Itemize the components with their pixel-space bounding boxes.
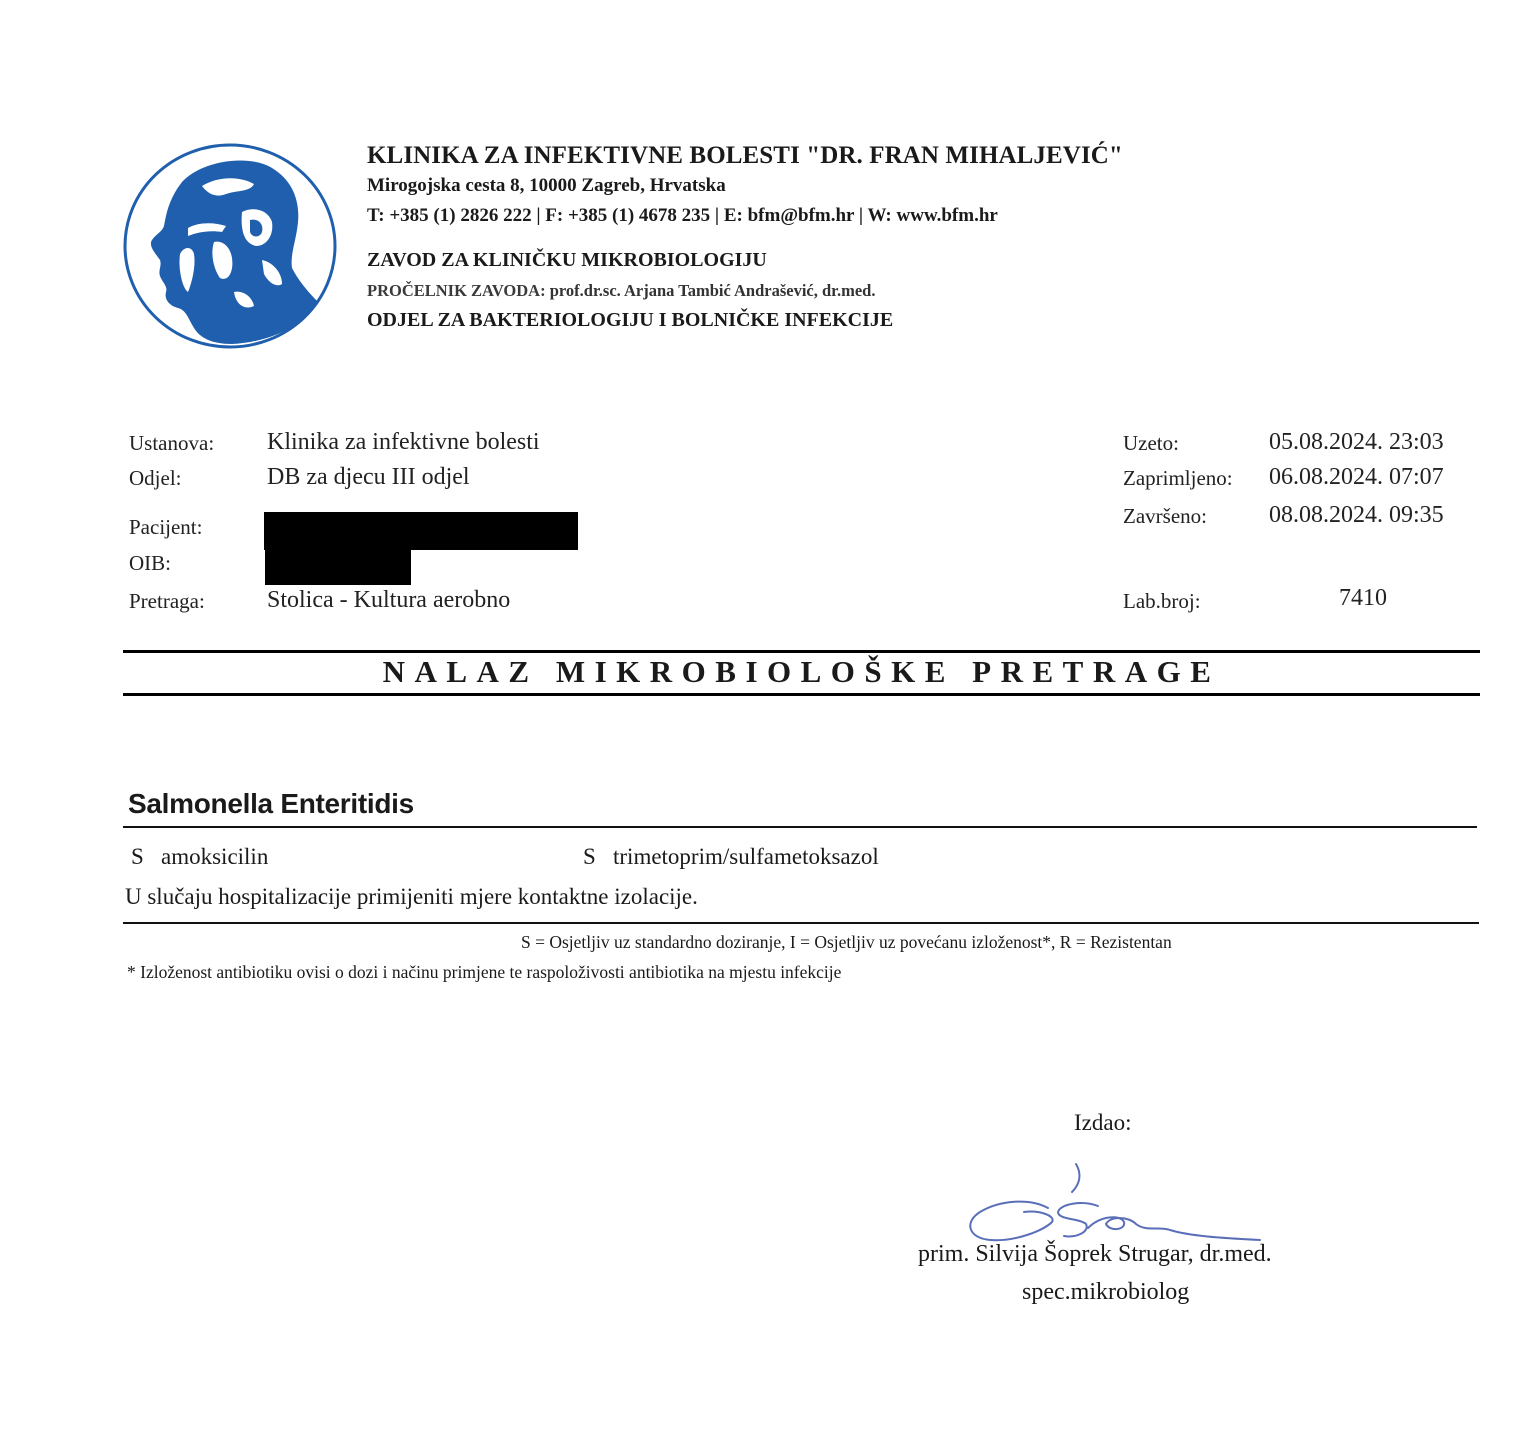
oib-label: OIB: (129, 551, 171, 576)
division-name: ODJEL ZA BAKTERIOLOGIJU I BOLNIČKE INFEK… (367, 309, 893, 332)
test-value: Stolica - Kultura aerobno (267, 587, 510, 614)
signatory-name: prim. Silvija Šoprek Strugar, dr.med. (918, 1241, 1272, 1268)
title-bottom-rule (123, 693, 1480, 696)
taken-value: 05.08.2024. 23:03 (1269, 429, 1444, 456)
susceptibility-legend: S = Osjetljiv uz standardno doziranje, I… (521, 932, 1172, 953)
organism-rule (123, 826, 1477, 828)
title-top-rule (123, 650, 1480, 653)
issued-by-label: Izdao: (1074, 1110, 1131, 1136)
antibiotic-name: trimetoprim/sulfametoksazol (613, 844, 879, 870)
antibiotic-interpretation: S (131, 844, 144, 870)
antibiotic-name: amoksicilin (161, 844, 268, 870)
institution-label: Ustanova: (129, 431, 214, 456)
taken-label: Uzeto: (1123, 431, 1179, 456)
antibiotic-interpretation: S (583, 844, 596, 870)
department-head-name: prof.dr.sc. Arjana Tambić Andrašević, dr… (550, 281, 876, 300)
received-value: 06.08.2024. 07:07 (1269, 464, 1444, 491)
completed-label: Završeno: (1123, 504, 1207, 529)
institution-contact: T: +385 (1) 2826 222 | F: +385 (1) 4678 … (367, 205, 998, 227)
institution-address: Mirogojska cesta 8, 10000 Zagreb, Hrvats… (367, 175, 726, 197)
institution-name: KLINIKA ZA INFEKTIVNE BOLESTI "DR. FRAN … (367, 142, 1123, 170)
lab-number-label: Lab.broj: (1123, 589, 1201, 614)
lab-number-value: 7410 (1339, 585, 1387, 612)
institution-value: Klinika za infektivne bolesti (267, 429, 540, 456)
department-head-label: PROČELNIK ZAVODA: (367, 281, 546, 300)
patient-label: Pacijent: (129, 515, 202, 540)
patient-redaction (264, 512, 578, 550)
ward-value: DB za djecu III odjel (267, 464, 470, 491)
department-head: PROČELNIK ZAVODA: prof.dr.sc. Arjana Tam… (367, 281, 875, 301)
completed-value: 08.08.2024. 09:35 (1269, 502, 1444, 529)
oib-redaction (265, 548, 411, 585)
organism-name: Salmonella Enteritidis (128, 788, 414, 820)
test-label: Pretraga: (129, 589, 205, 614)
document-title: NALAZ MIKROBIOLOŠKE PRETRAGE (0, 654, 1536, 690)
isolation-note: U slučaju hospitalizacije primijeniti mj… (125, 884, 698, 910)
department-name: ZAVOD ZA KLINIČKU MIKROBIOLOGIJU (367, 249, 767, 272)
received-label: Zaprimljeno: (1123, 466, 1233, 491)
ward-label: Odjel: (129, 466, 182, 491)
signatory-title: spec.mikrobiolog (1022, 1279, 1189, 1306)
result-bottom-rule (123, 922, 1479, 924)
clinic-logo-icon (122, 142, 338, 350)
exposure-footnote: * Izloženost antibiotiku ovisi o dozi i … (127, 962, 841, 983)
